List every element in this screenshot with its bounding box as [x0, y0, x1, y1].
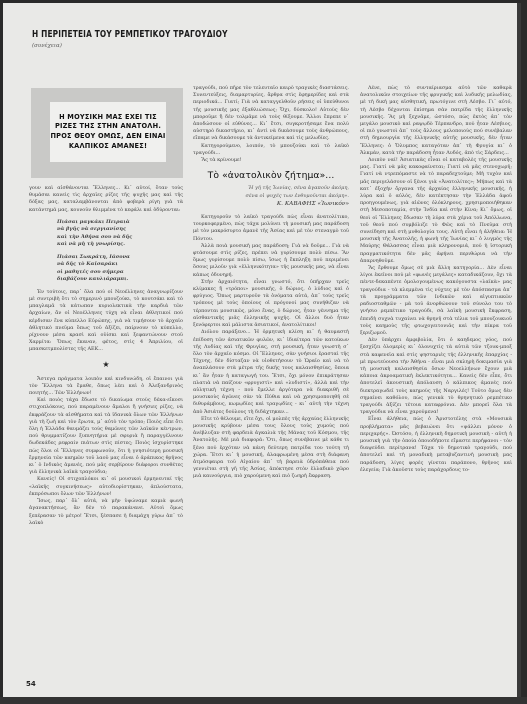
epigraph: Ἡ γῆ τῆς Ἰωνίας, σένα ἀγαποῦν ἀκόμη, σέν…: [193, 185, 349, 199]
column-1: γουν καὶ αἰσθάνονται Ἕλληνες... Κι᾿ αὐτο…: [29, 185, 183, 527]
paragraph: Ἴσως, παρ᾿ ὅλ᾿ αὐτά, νὰ μὴν ὑψώναμε καμι…: [29, 498, 183, 527]
pull-quote-text: Η ΜΟΥΣΙΚΗ ΜΑΣ ΕΧΕΙ ΤΙΣ ΡΙΖΕΣ ΤΗΣ ΣΤΗΝ ΑΝ…: [50, 113, 166, 151]
page-number: 54: [26, 680, 36, 688]
paragraph: Στὴν ἀρχαιότητα, εἶναι γνωστό, ὅτι ὑπῆρχ…: [193, 279, 349, 329]
paragraph: τραγούδι, πού πῆρε τὸν τελευταῖο καιρὸ τ…: [193, 85, 349, 143]
paragraph: Ἐν τούτοις, παρ᾿ ὅλα πού οἱ Νεοέλληνες ἀ…: [29, 289, 183, 354]
poem-stanza-2: Πιάσαι Σωκράτη, Ιάσονα νὰ δῆς τὸ Καϊσαρά…: [57, 254, 183, 284]
paragraph: γουν καὶ αἰσθάνονται Ἕλληνες... Κι᾿ αὐτο…: [29, 185, 183, 214]
section-heading: Τὸ «ἀνατολικὸν ζήτημα»...: [193, 172, 349, 179]
paragraph: Κατηγοροῦν τὸ λαϊκὸ τραγούδι πὼς εἶναι ἀ…: [193, 214, 349, 243]
epigraph-author: Κ. ΚΑΒΑΦΗΣ «Ἰωνικόν»: [193, 201, 349, 208]
paragraph: Κατηγορούμενο, λοιπόν, τὸ μπουζούκι καὶ …: [193, 143, 349, 157]
paragraph: Δὲν ὑπάρχει ἀμφιβολία, ὅτι ὁ καηδεμος γό…: [360, 337, 512, 416]
poem-line: καὶ νὰ μὴ τὴ γνωρίσης.: [57, 241, 183, 249]
epigraph-line: σένα οἱ ψυχές των ἐνθυμοῦνται ἀκόμη».: [193, 193, 349, 200]
running-title: Η ΠΕΡΙΠΕΤΕΙΑ ΤΟΥ ΡΕΜΠΕΤΙΚΟΥ ΤΡΑΓΟΥΔΙΟΥ: [32, 29, 228, 40]
paragraph: Ἀλλὰ ποιὰ μουσικὴ μας παράδοση; Γιὰ νὰ δ…: [193, 243, 349, 279]
magazine-page: Η ΠΕΡΙΠΕΤΕΙΑ ΤΟΥ ΡΕΜΠΕΤΙΚΟΥ ΤΡΑΓΟΥΔΙΟΥ (…: [3, 3, 521, 697]
continued-label: (συνέχεια): [32, 43, 62, 49]
epigraph-line: Ἡ γῆ τῆς Ἰωνίας, σένα ἀγαποῦν ἀκόμη,: [193, 185, 349, 192]
poem-excerpt: Πιάσαι μαγκάκι Πειραιὰ νὰ βγῆς νὰ σεργια…: [57, 219, 183, 284]
paragraph: Κανείς! Οἱ στιχοπλόκοι κι᾿ οἱ μουσικοὶ ἑ…: [29, 476, 183, 498]
scan-edge-shadow: [0, 697, 527, 704]
paragraph: Λένε, πὼς τὸ συνταίριασμα αὐτὸ τῶν καθαρ…: [360, 85, 512, 157]
pull-quote-inner: Η ΜΟΥΣΙΚΗ ΜΑΣ ΕΧΕΙ ΤΙΣ ΡΙΖΕΣ ΤΗΣ ΣΤΗΝ ΑΝ…: [50, 102, 166, 162]
poem-line: διαβάζουν καυλιάραμπι.: [57, 276, 183, 284]
paragraph: Ἄστεγα πράγματα λοιπὸν καὶ κινδυνώδη, οἱ…: [29, 376, 183, 398]
pull-quote-box: Η ΜΟΥΣΙΚΗ ΜΑΣ ΕΧΕΙ ΤΙΣ ΡΙΖΕΣ ΤΗΣ ΣΤΗΝ ΑΝ…: [31, 88, 183, 178]
paragraph: Εἴτε τὸ θέλουμε, εἴτε ὄχι, οἱ μολπὲς τῆς…: [193, 416, 349, 481]
star-separator-icon: ★: [29, 358, 183, 372]
poem-line: νὰ δῆς τὸ Καϊσαράκι: [57, 261, 183, 269]
poem-stanza-1: Πιάσαι μαγκάκι Πειραιὰ νὰ βγῆς νὰ σεργια…: [57, 219, 183, 249]
column-2: τραγούδι, πού πῆρε τὸν τελευταῖο καιρὸ τ…: [193, 85, 349, 481]
paragraph: Καὶ ποιὸς τάχα ἔδωσε τὸ δικαίωμα στοὺς δ…: [29, 397, 183, 476]
column-3: Λένε, πὼς τὸ συνταίριασμα αὐτὸ τῶν καθαρ…: [360, 85, 512, 474]
paragraph: Λοιπὸν ναί! Ἀσιατικὰς εἶναι οἱ καταβολὲς…: [360, 157, 512, 265]
paragraph: Ἂς τὰ κρίνουμε!: [193, 157, 349, 164]
paragraph: Διόλου παράξενο... Ἡ ὁρμητικὴ κλίση κι᾿ …: [193, 329, 349, 415]
poem-line: νὰ βγῆς νὰ σεργιανίσης: [57, 226, 183, 234]
paragraph: Εἶναι ἀλήθεια, πὼς ὁ Ἀριστοτέλης στὰ «Μο…: [360, 416, 512, 474]
paragraph: Ἂς ἔρθουμε ὅμως σὲ μιὰ ἄλλη κατηγορία...…: [360, 265, 512, 337]
